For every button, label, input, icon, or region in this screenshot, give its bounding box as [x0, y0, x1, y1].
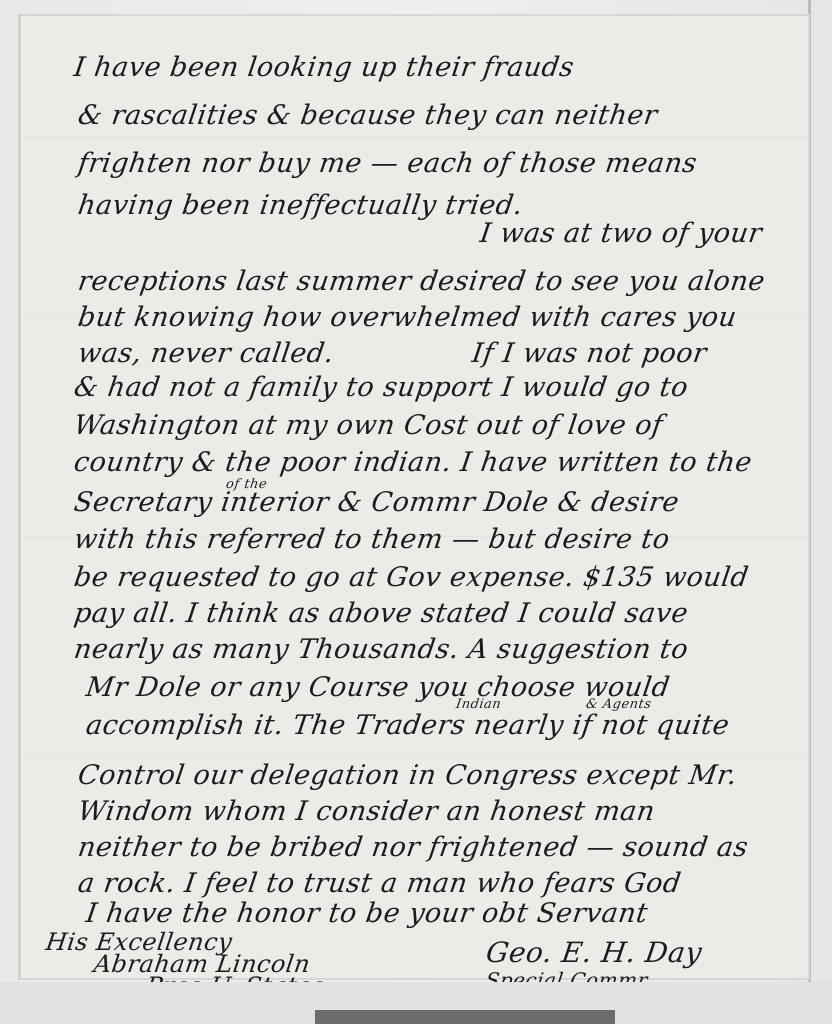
body-line: If I was not poor	[470, 338, 709, 369]
body-line: Control our delegation in Congress excep…	[76, 760, 739, 791]
body-line: Windom whom I consider an honest man	[76, 796, 657, 827]
body-line: I have been looking up their frauds	[72, 52, 576, 83]
body-line: with this referred to them — but desire …	[72, 524, 672, 555]
body-line: country & the poor indian. I have writte…	[72, 447, 754, 478]
body-line: pay all. I think as above stated I could…	[72, 598, 690, 629]
body-line: nearly as many Thousands. A suggestion t…	[72, 634, 690, 665]
body-line: but knowing how overwhelmed with cares y…	[76, 302, 739, 333]
body-line: & had not a family to support I would go…	[72, 372, 690, 403]
body-line: having been ineffectually tried.	[76, 190, 525, 221]
signature-name: Geo. E. H. Day	[484, 936, 704, 969]
closing-line: I have the honor to be your obt Servant	[84, 898, 650, 929]
body-line: was, never called.	[76, 338, 336, 369]
body-line: & rascalities & because they can neither	[76, 100, 660, 131]
body-line: a rock. I feel to trust a man who fears …	[76, 868, 683, 899]
body-line: accomplish it. The Traders nearly if not…	[84, 710, 731, 741]
body-line: I was at two of your	[478, 218, 764, 249]
body-line: Mr Dole or any Course you choose would	[84, 672, 672, 703]
body-line: Washington at my own Cost out of love of	[72, 410, 665, 441]
body-line: be requested to go at Gov expense. $135 …	[72, 562, 751, 593]
body-line: frighten nor buy me — each of those mean…	[76, 148, 699, 179]
body-line: neither to be bribed nor frightened — so…	[76, 832, 750, 863]
body-line: receptions last summer desired to see yo…	[76, 266, 767, 297]
body-line: Secretary interior & Commr Dole & desire	[72, 487, 681, 518]
next-page-edge	[315, 1010, 615, 1024]
